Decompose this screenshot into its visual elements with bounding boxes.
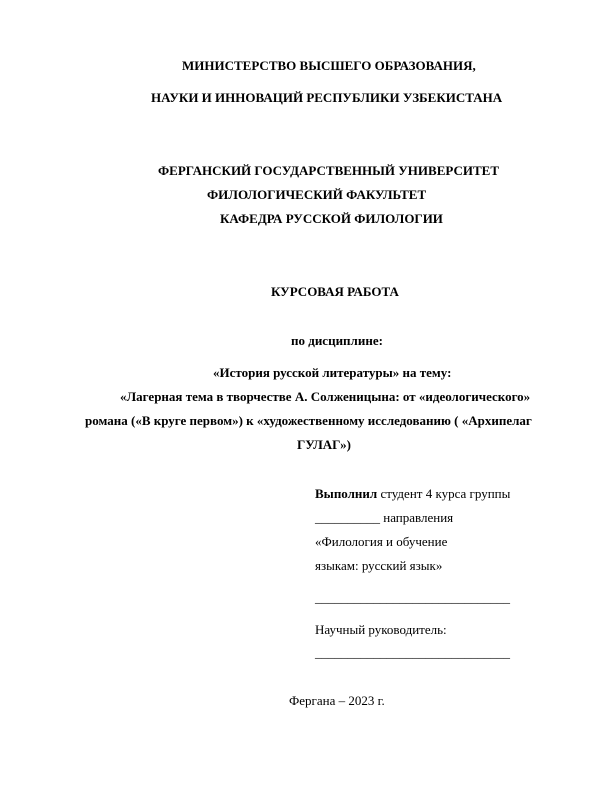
- supervisor-label: Научный руководитель:: [315, 622, 447, 638]
- author-label: Выполнил: [315, 486, 377, 501]
- ministry-line-2: НАУКИ И ИННОВАЦИЙ РЕСПУБЛИКИ УЗБЕКИСТАНА: [151, 90, 502, 106]
- author-line-2: __________ направления: [315, 510, 453, 526]
- department-name: КАФЕДРА РУССКОЙ ФИЛОЛОГИИ: [220, 211, 443, 227]
- author-line-1: Выполнил студент 4 курса группы: [315, 486, 510, 502]
- topic-line-2: романа («В круге первом») к «художествен…: [85, 413, 532, 429]
- author-course: студент 4 курса группы: [377, 486, 510, 501]
- topic-line-3: ГУЛАГ»): [297, 437, 351, 453]
- author-signature-line: ______________________________: [315, 590, 510, 606]
- author-line-3: «Филология и обучение: [315, 534, 447, 550]
- university-name: ФЕРГАНСКИЙ ГОСУДАРСТВЕННЫЙ УНИВЕРСИТЕТ: [158, 163, 499, 179]
- supervisor-signature-line: ______________________________: [315, 645, 510, 661]
- author-line-4: языкам: русский язык»: [315, 558, 442, 574]
- work-type: КУРСОВАЯ РАБОТА: [271, 284, 399, 300]
- ministry-line-1: МИНИСТЕРСТВО ВЫСШЕГО ОБРАЗОВАНИЯ,: [182, 58, 476, 74]
- discipline-name: «История русской литературы» на тему:: [213, 365, 451, 381]
- faculty-name: ФИЛОЛОГИЧЕСКИЙ ФАКУЛЬТЕТ: [207, 187, 426, 203]
- place-year: Фергана – 2023 г.: [289, 693, 385, 709]
- discipline-label: по дисциплине:: [291, 333, 383, 349]
- topic-line-1: «Лагерная тема в творчестве А. Солженицы…: [120, 389, 530, 405]
